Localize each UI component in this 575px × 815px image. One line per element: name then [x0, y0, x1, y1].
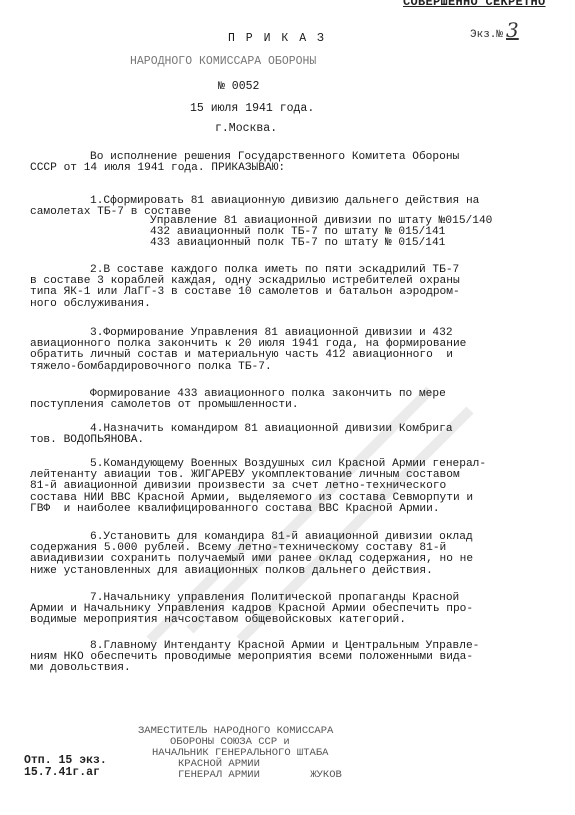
intro-line: СССР от 14 июля 1941 года. ПРИКАЗЫВАЮ:	[30, 163, 555, 174]
item-line: авиадивизии сохранить получаемый ими ран…	[30, 554, 555, 565]
intro-paragraph: Во исполнение решения Государственного К…	[30, 152, 555, 174]
signatory-name: ГЕНЕРАЛ АРМИИ ЖУКОВ	[178, 770, 342, 781]
item-line: тов. ВОДОПЬЯНОВА.	[30, 435, 555, 446]
order-item-1: 1.Сформировать 81 авиационную дивизию да…	[30, 185, 555, 219]
document-type-title: П Р И К А З	[228, 32, 326, 45]
order-item-2: 2.В составе каждого полка иметь по пяти …	[30, 265, 555, 310]
order-item-7: 7.Начальнику управления Политической про…	[30, 593, 555, 627]
copy-number: Экз.№3	[470, 18, 519, 42]
copy-label: Экз.№	[470, 29, 503, 41]
execution-note: Отп. 15 экз.15.7.41г.аг	[24, 755, 107, 778]
copies-note: Отп. 15 экз.	[24, 755, 107, 767]
order-item-3-continued: Формирование 433 авиационного полка зако…	[30, 389, 555, 411]
item-line: поступления самолетов от промышленности.	[30, 400, 555, 411]
item-line: тяжело-бомбардировочного полка ТБ-7.	[30, 362, 555, 373]
issuer-title: НАРОДНОГО КОМИССАРА ОБОРОНЫ	[130, 55, 316, 68]
order-item-3: 3.Формирование Управления 81 авиационной…	[30, 328, 555, 373]
item-line: 81-й авиационной дивизии произвести за с…	[30, 481, 555, 492]
item-line: обратить личный состав и материальную ча…	[30, 350, 555, 361]
signature-title-line: ЗАМЕСТИТЕЛЬ НАРОДНОГО КОМИССАРА	[138, 726, 333, 737]
item-line: водимые мероприятия начсоставом общевойс…	[30, 615, 555, 626]
item-line: ми довольствия.	[30, 663, 555, 674]
signature-title-line: КРАСНОЙ АРМИИ	[178, 759, 260, 770]
item-line: ного обслуживания.	[30, 299, 555, 310]
item-line: типа ЯК-1 или ЛаГГ-3 в составе 10 самоле…	[30, 287, 555, 298]
order-place: г.Москва.	[215, 122, 277, 135]
unit-line: 433 авиационный полк ТБ-7 по штату № 015…	[150, 238, 570, 249]
order-item-5: 5.Командующему Военных Воздушных сил Кра…	[30, 459, 555, 515]
typed-date-note: 15.7.41г.аг	[24, 767, 107, 779]
order-item-8: 8.Главному Интенданту Красной Армии и Це…	[30, 641, 555, 675]
signature-title-line: НАЧАЛЬНИК ГЕНЕРАЛЬНОГО ШТАБА	[152, 748, 328, 759]
order-item-4: 4.Назначить командиром 81 авиационной ди…	[30, 424, 555, 446]
order-item-6: 6.Установить для командира 81-й авиацион…	[30, 532, 555, 577]
order-number: № 0052	[218, 80, 259, 93]
classification-stamp: СОВЕРШЕННО СЕКРЕТНО	[403, 0, 546, 9]
order-item-1-units: Управление 81 авиационной дивизии по шта…	[150, 216, 570, 250]
signature-title-line: ОБОРОНЫ СОЮЗА ССР и	[170, 737, 290, 748]
copy-number-handwritten: 3	[506, 18, 519, 42]
item-line: ГВФ и наиболее квалифицированного состав…	[30, 504, 555, 515]
order-date: 15 июля 1941 года.	[190, 102, 314, 115]
item-line: ниже установленных для авиационных полко…	[30, 566, 555, 577]
